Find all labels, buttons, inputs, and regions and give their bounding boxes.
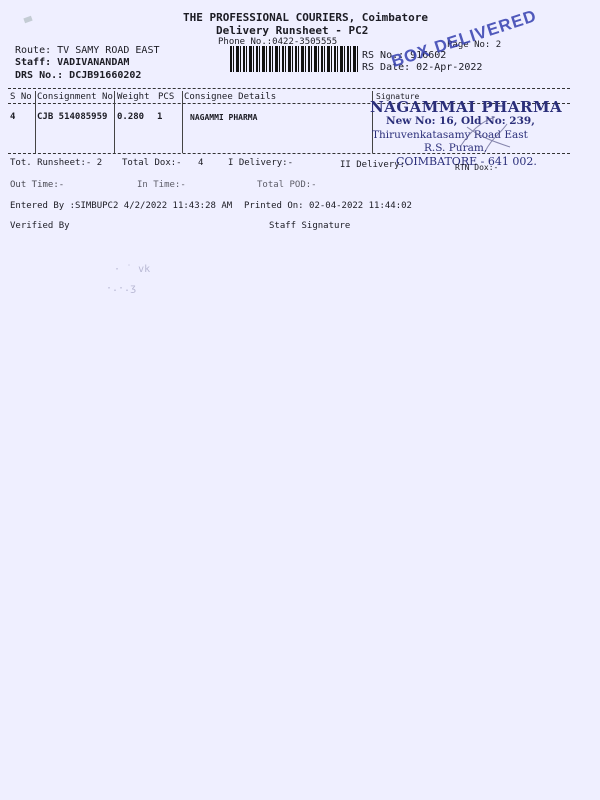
total-pod: Total POD:- bbox=[257, 180, 317, 190]
route-label: Route: TV SAMY ROAD EAST bbox=[15, 45, 160, 56]
scan-artifact: · ˙ vk bbox=[114, 264, 150, 275]
scan-artifact: ·.·.ʒ bbox=[106, 283, 136, 294]
col-header-consignment: Consignment No bbox=[37, 92, 113, 102]
col-header-weight: Weight bbox=[117, 92, 150, 102]
cell-consignment-no: CJB 514085959 bbox=[37, 112, 107, 122]
column-divider bbox=[114, 91, 115, 153]
total-dox-value: 4 bbox=[198, 158, 203, 168]
staff-label: Staff: VADIVANANDAM bbox=[15, 57, 129, 68]
cell-weight: 0.280 bbox=[117, 112, 144, 122]
out-time: Out Time:- bbox=[10, 180, 64, 190]
cell-consignee: NAGAMMI PHARMA bbox=[190, 113, 257, 122]
scan-mark-icon bbox=[23, 16, 32, 23]
column-divider bbox=[182, 91, 183, 153]
tot-runsheet: Tot. Runsheet:- 2 bbox=[10, 158, 102, 168]
cell-sno: 4 bbox=[10, 112, 15, 122]
divider bbox=[8, 88, 570, 89]
total-dox-label: Total Dox:- bbox=[122, 158, 182, 168]
runsheet-title: Delivery Runsheet - PC2 bbox=[216, 24, 368, 37]
rs-date: RS Date: 02-Apr-2022 bbox=[362, 62, 482, 73]
entered-by: Entered By :SIMBUPC2 4/2/2022 11:43:28 A… bbox=[10, 201, 232, 211]
col-header-sno: S No bbox=[10, 92, 32, 102]
in-time: In Time:- bbox=[137, 180, 186, 190]
column-divider bbox=[35, 91, 36, 153]
i-delivery: I Delivery:- bbox=[228, 158, 293, 168]
cell-pcs: 1 bbox=[157, 112, 162, 122]
rtn-dox: RTN Dox:- bbox=[455, 163, 498, 172]
company-title: THE PROFESSIONAL COURIERS, Coimbatore bbox=[183, 11, 428, 24]
signature-scribble-icon bbox=[455, 112, 515, 157]
col-header-consignee: Consignee Details bbox=[184, 92, 276, 102]
drs-number: DRS No.: DCJB91660202 bbox=[15, 70, 141, 81]
col-header-pcs: PCS bbox=[158, 92, 174, 102]
staff-signature: Staff Signature bbox=[269, 221, 350, 231]
ii-delivery: II Delivery:- bbox=[340, 160, 410, 170]
barcode bbox=[230, 46, 358, 72]
verified-by: Verified By bbox=[10, 221, 70, 231]
printed-on: Printed On: 02-04-2022 11:44:02 bbox=[244, 201, 412, 211]
